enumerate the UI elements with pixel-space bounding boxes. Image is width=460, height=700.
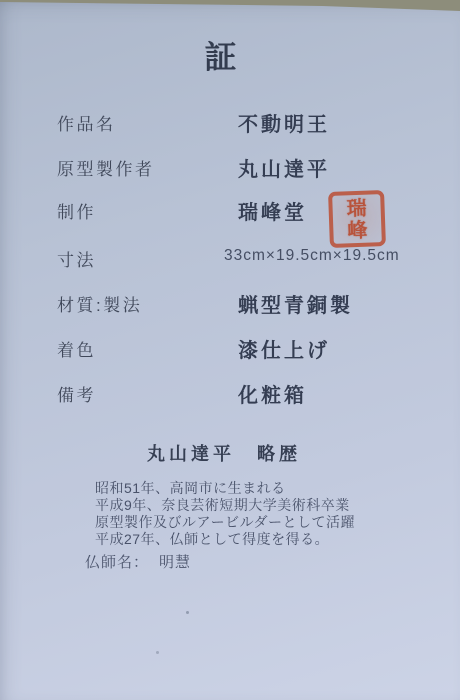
row-work-name: 作品名 不動明王 [0, 110, 460, 138]
row-remarks: 備考 化粧箱 [0, 381, 460, 409]
dust-speck [156, 651, 159, 654]
biography-line: 平成27年、仏師として得度を得る。 [95, 529, 329, 549]
value-dimensions: 33cm×19.5cm×19.5cm [224, 247, 400, 265]
value-coloring: 漆仕上げ [238, 334, 330, 363]
value-material-method: 蝋型青銅製 [238, 289, 353, 318]
biography-heading: 丸山達平 略歴 [0, 440, 454, 466]
label-dimensions: 寸法 [57, 246, 96, 271]
label-remarks: 備考 [57, 381, 96, 406]
row-dimensions: 寸法 33cm×19.5cm×19.5cm [0, 246, 460, 274]
seal-character-top: 瑞 [346, 197, 367, 220]
row-material-method: 材質:製法 蝋型青銅製 [0, 291, 460, 319]
label-original-maker: 原型製作者 [57, 155, 155, 180]
label-work-name: 作品名 [57, 110, 116, 135]
label-production: 制作 [57, 198, 96, 223]
seal-character-bottom: 峰 [347, 219, 368, 242]
certificate-title: 証 [0, 32, 451, 78]
value-work-name: 不動明王 [238, 108, 330, 137]
label-material-method: 材質:製法 [57, 291, 142, 316]
row-production: 制作 瑞峰堂 [0, 198, 460, 226]
value-original-maker: 丸山達平 [238, 153, 330, 182]
label-coloring: 着色 [57, 336, 96, 361]
buddhist-sculptor-name-value: 明慧 [159, 554, 191, 571]
value-remarks: 化粧箱 [238, 379, 307, 408]
certificate-paper: 証 作品名 不動明王 原型製作者 丸山達平 制作 瑞峰堂 瑞 峰 寸法 33cm… [0, 0, 460, 700]
red-seal-stamp: 瑞 峰 [328, 190, 386, 248]
value-production: 瑞峰堂 [238, 196, 307, 225]
row-original-maker: 原型製作者 丸山達平 [0, 155, 460, 183]
dust-speck [186, 611, 189, 614]
buddhist-sculptor-name-line: 仏師名：明慧 [85, 551, 191, 572]
certificate-photo: 証 作品名 不動明王 原型製作者 丸山達平 制作 瑞峰堂 瑞 峰 寸法 33cm… [0, 0, 460, 700]
row-coloring: 着色 漆仕上げ [0, 336, 460, 364]
buddhist-sculptor-name-label: 仏師名： [85, 554, 149, 571]
